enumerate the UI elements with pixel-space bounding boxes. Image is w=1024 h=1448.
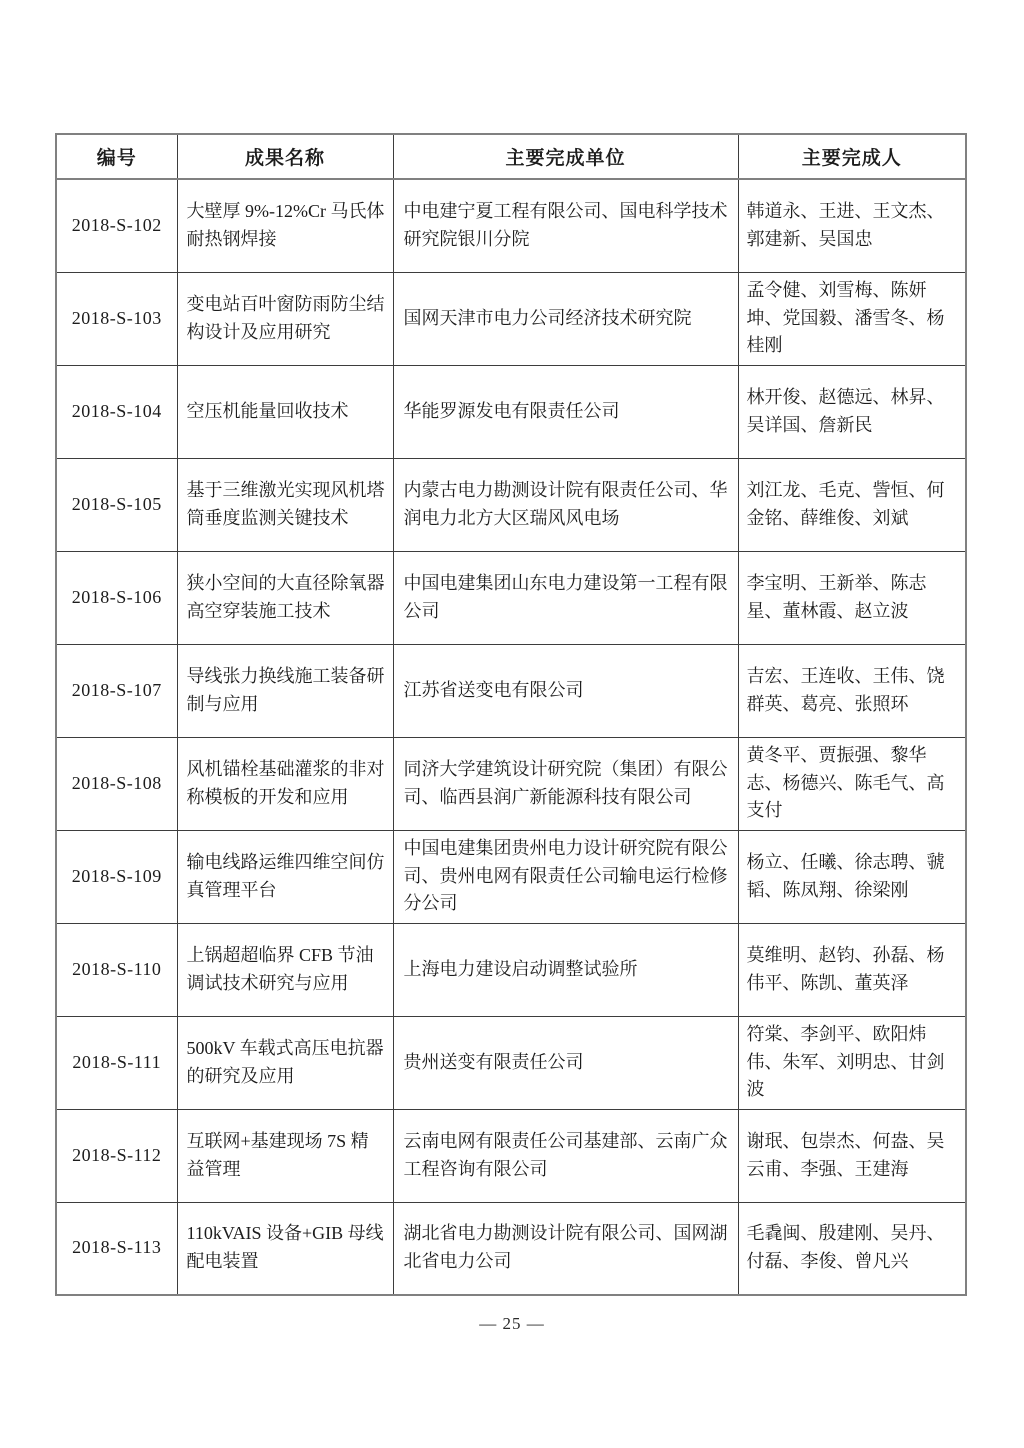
completing-unit: 江苏省送变电有限公司	[393, 644, 738, 737]
result-id: 2018-S-109	[56, 830, 177, 923]
completing-unit: 湖北省电力勘测设计院有限公司、国网湖北省电力公司	[393, 1202, 738, 1295]
result-id: 2018-S-106	[56, 551, 177, 644]
achievements-table: 编号 成果名称 主要完成单位 主要完成人 2018-S-102 大壁厚 9%-1…	[55, 133, 967, 1296]
completers: 符棠、李剑平、欧阳炜伟、朱军、刘明忠、甘剑波	[738, 1016, 966, 1109]
result-name: 110kVAIS 设备+GIB 母线配电装置	[177, 1202, 393, 1295]
document-page: 编号 成果名称 主要完成单位 主要完成人 2018-S-102 大壁厚 9%-1…	[0, 0, 1024, 1448]
result-name: 风机锚栓基础灌浆的非对称模板的开发和应用	[177, 737, 393, 830]
completers: 韩道永、王进、王文杰、郭建新、吴国忠	[738, 179, 966, 272]
completers: 黄冬平、贾振强、黎华志、杨德兴、陈毛气、高支付	[738, 737, 966, 830]
table-row: 2018-S-110 上锅超超临界 CFB 节油调试技术研究与应用 上海电力建设…	[56, 923, 966, 1016]
table-row: 2018-S-113 110kVAIS 设备+GIB 母线配电装置 湖北省电力勘…	[56, 1202, 966, 1295]
result-name: 互联网+基建现场 7S 精益管理	[177, 1109, 393, 1202]
completing-unit: 中电建宁夏工程有限公司、国电科学技术研究院银川分院	[393, 179, 738, 272]
result-id: 2018-S-103	[56, 272, 177, 365]
result-name: 大壁厚 9%-12%Cr 马氏体耐热钢焊接	[177, 179, 393, 272]
result-id: 2018-S-104	[56, 365, 177, 458]
table-row: 2018-S-107 导线张力换线施工装备研制与应用 江苏省送变电有限公司 吉宏…	[56, 644, 966, 737]
result-name: 狭小空间的大直径除氧器高空穿装施工技术	[177, 551, 393, 644]
completing-unit: 华能罗源发电有限责任公司	[393, 365, 738, 458]
table-row: 2018-S-102 大壁厚 9%-12%Cr 马氏体耐热钢焊接 中电建宁夏工程…	[56, 179, 966, 272]
completers: 毛毳闽、殷建刚、吴丹、付磊、李俊、曾凡兴	[738, 1202, 966, 1295]
result-name: 基于三维激光实现风机塔筒垂度监测关键技术	[177, 458, 393, 551]
result-name: 变电站百叶窗防雨防尘结构设计及应用研究	[177, 272, 393, 365]
completers: 孟令健、刘雪梅、陈妍坤、党国毅、潘雪冬、杨桂刚	[738, 272, 966, 365]
table-row: 2018-S-106 狭小空间的大直径除氧器高空穿装施工技术 中国电建集团山东电…	[56, 551, 966, 644]
result-name: 上锅超超临界 CFB 节油调试技术研究与应用	[177, 923, 393, 1016]
result-name: 空压机能量回收技术	[177, 365, 393, 458]
completers: 杨立、任曦、徐志聘、虢韬、陈凤翔、徐梁刚	[738, 830, 966, 923]
result-id: 2018-S-105	[56, 458, 177, 551]
result-id: 2018-S-107	[56, 644, 177, 737]
table-row: 2018-S-104 空压机能量回收技术 华能罗源发电有限责任公司 林开俊、赵德…	[56, 365, 966, 458]
result-id: 2018-S-110	[56, 923, 177, 1016]
completers: 李宝明、王新举、陈志星、董林霞、赵立波	[738, 551, 966, 644]
completing-unit: 内蒙古电力勘测设计院有限责任公司、华润电力北方大区瑞风风电场	[393, 458, 738, 551]
result-id: 2018-S-102	[56, 179, 177, 272]
result-id: 2018-S-108	[56, 737, 177, 830]
result-id: 2018-S-112	[56, 1109, 177, 1202]
page-number: — 25 —	[0, 1314, 1024, 1334]
header-name: 成果名称	[177, 134, 393, 179]
completing-unit: 中国电建集团贵州电力设计研究院有限公司、贵州电网有限责任公司输电运行检修分公司	[393, 830, 738, 923]
completers: 莫维明、赵钧、孙磊、杨伟平、陈凯、董英泽	[738, 923, 966, 1016]
completing-unit: 中国电建集团山东电力建设第一工程有限公司	[393, 551, 738, 644]
completers: 谢珉、包崇杰、何盎、吴云甫、李强、王建海	[738, 1109, 966, 1202]
table-row: 2018-S-105 基于三维激光实现风机塔筒垂度监测关键技术 内蒙古电力勘测设…	[56, 458, 966, 551]
header-id: 编号	[56, 134, 177, 179]
completers: 吉宏、王连收、王伟、饶群英、葛亮、张照环	[738, 644, 966, 737]
result-name: 输电线路运维四维空间仿真管理平台	[177, 830, 393, 923]
completers: 刘江龙、毛克、訾恒、何金铭、薛维俊、刘斌	[738, 458, 966, 551]
table-row: 2018-S-109 输电线路运维四维空间仿真管理平台 中国电建集团贵州电力设计…	[56, 830, 966, 923]
table-row: 2018-S-111 500kV 车载式高压电抗器的研究及应用 贵州送变有限责任…	[56, 1016, 966, 1109]
table-row: 2018-S-108 风机锚栓基础灌浆的非对称模板的开发和应用 同济大学建筑设计…	[56, 737, 966, 830]
result-name: 500kV 车载式高压电抗器的研究及应用	[177, 1016, 393, 1109]
table-row: 2018-S-103 变电站百叶窗防雨防尘结构设计及应用研究 国网天津市电力公司…	[56, 272, 966, 365]
result-id: 2018-S-113	[56, 1202, 177, 1295]
result-id: 2018-S-111	[56, 1016, 177, 1109]
header-people: 主要完成人	[738, 134, 966, 179]
completing-unit: 贵州送变有限责任公司	[393, 1016, 738, 1109]
completing-unit: 云南电网有限责任公司基建部、云南广众工程咨询有限公司	[393, 1109, 738, 1202]
table-body: 2018-S-102 大壁厚 9%-12%Cr 马氏体耐热钢焊接 中电建宁夏工程…	[56, 179, 966, 1295]
completing-unit: 上海电力建设启动调整试验所	[393, 923, 738, 1016]
completing-unit: 同济大学建筑设计研究院（集团）有限公司、临西县润广新能源科技有限公司	[393, 737, 738, 830]
table-row: 2018-S-112 互联网+基建现场 7S 精益管理 云南电网有限责任公司基建…	[56, 1109, 966, 1202]
completers: 林开俊、赵德远、林昇、吴详国、詹新民	[738, 365, 966, 458]
header-row: 编号 成果名称 主要完成单位 主要完成人	[56, 134, 966, 179]
table-header: 编号 成果名称 主要完成单位 主要完成人	[56, 134, 966, 179]
result-name: 导线张力换线施工装备研制与应用	[177, 644, 393, 737]
completing-unit: 国网天津市电力公司经济技术研究院	[393, 272, 738, 365]
header-unit: 主要完成单位	[393, 134, 738, 179]
